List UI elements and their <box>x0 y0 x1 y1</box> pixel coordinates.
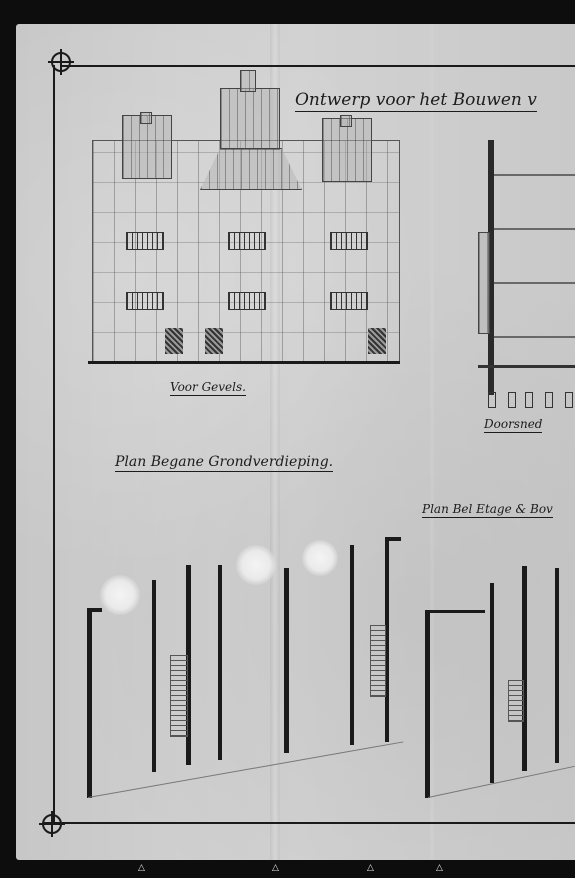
section-bay-window <box>478 232 490 334</box>
plan-wall <box>152 580 156 772</box>
staircase <box>508 680 524 722</box>
ornate-door <box>368 328 386 354</box>
foundation-pier <box>508 392 516 408</box>
staircase <box>370 625 386 697</box>
scan-marker-icon: △ <box>138 864 145 873</box>
central-tower <box>220 88 280 150</box>
scan-marker-icon: △ <box>272 864 279 873</box>
scan-marker-icon: △ <box>436 864 443 873</box>
foundation-pier <box>565 392 573 408</box>
border-line-left <box>53 65 55 825</box>
section-base-line <box>478 365 575 368</box>
ornate-door <box>205 328 223 354</box>
scan-light-spot <box>100 575 140 615</box>
plan-wall <box>87 608 102 612</box>
plan-wall <box>284 568 289 753</box>
balcony <box>126 232 164 250</box>
registration-mark-icon <box>42 814 62 834</box>
registration-mark-icon <box>51 52 71 72</box>
balcony <box>126 292 164 310</box>
scan-marker-icon: △ <box>367 864 374 873</box>
ornate-door <box>165 328 183 354</box>
central-finial <box>240 70 256 92</box>
balcony <box>228 292 266 310</box>
plan-wall <box>425 610 485 613</box>
left-gable <box>122 115 172 179</box>
scan-light-spot <box>302 540 338 576</box>
staircase <box>170 655 188 737</box>
section-label: Doorsned <box>484 418 542 433</box>
left-finial <box>140 112 152 124</box>
balcony <box>228 232 266 250</box>
ground-line <box>88 361 400 364</box>
border-line-top <box>60 65 575 67</box>
section-floors <box>488 130 575 390</box>
foundation-pier <box>488 392 496 408</box>
scan-light-spot <box>236 545 276 585</box>
foundation-pier <box>525 392 533 408</box>
ground-plan-label: Plan Begane Grondverdieping. <box>115 455 333 472</box>
plan-wall <box>218 565 222 760</box>
drawing-title: Ontwerp voor het Bouwen v <box>295 92 537 112</box>
balcony <box>330 232 368 250</box>
upper-plan-label: Plan Bel Etage & Bov <box>422 503 553 518</box>
plan-wall <box>87 608 92 798</box>
right-finial <box>340 115 352 127</box>
right-gable <box>322 118 372 182</box>
plan-wall <box>555 568 559 763</box>
scan-bottom-edge <box>0 860 575 878</box>
plan-wall <box>350 545 354 745</box>
balcony <box>330 292 368 310</box>
facade-label: Voor Gevels. <box>170 381 246 396</box>
foundation-pier <box>545 392 553 408</box>
plan-wall <box>385 537 401 541</box>
border-line-bottom <box>44 822 575 824</box>
plan-wall <box>522 566 527 771</box>
plan-wall <box>490 583 494 783</box>
plan-wall <box>425 610 430 798</box>
paper-fold-2 <box>430 24 434 860</box>
